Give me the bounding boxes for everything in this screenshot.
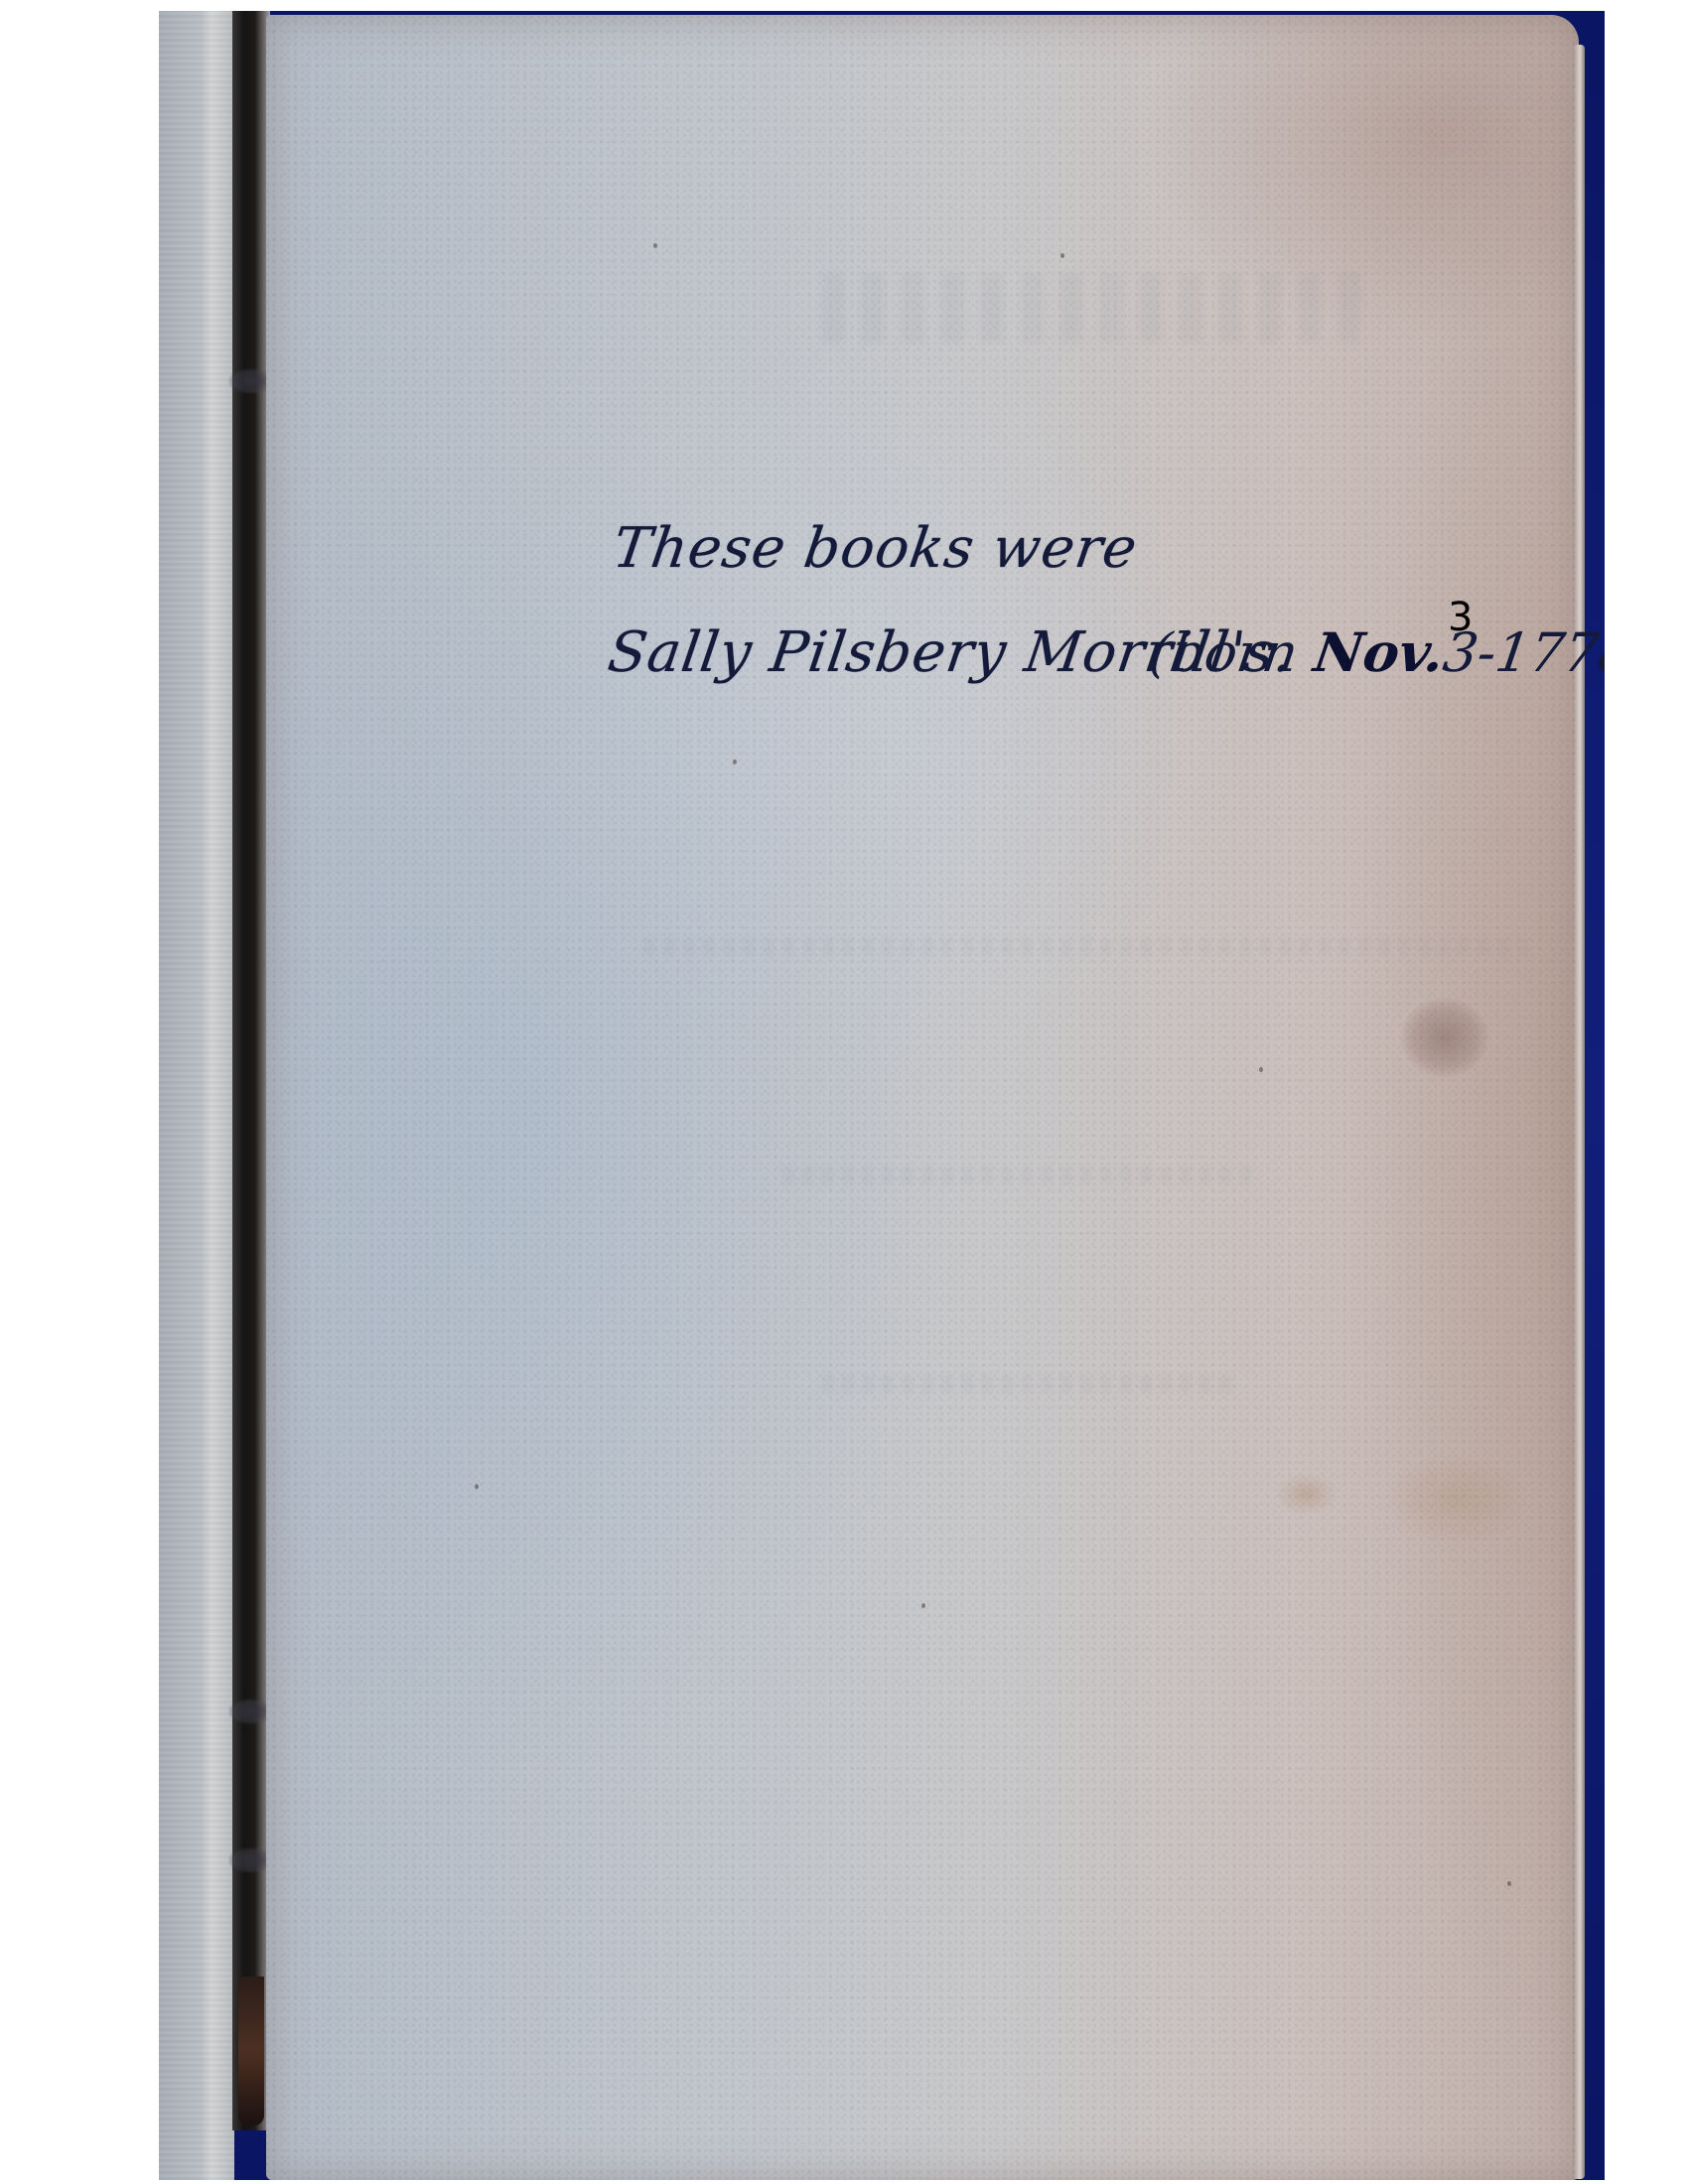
page-edge xyxy=(1573,45,1585,2179)
paper-speck xyxy=(921,1603,925,1608)
inscription-owner-name: Sally Pilsbery Morrill's. xyxy=(604,620,1298,685)
born-date-rest: 3-1778) xyxy=(1440,621,1605,684)
paper-speck xyxy=(733,759,737,764)
bleed-through-line xyxy=(822,1375,1239,1393)
stain xyxy=(1401,998,1488,1077)
stain xyxy=(1388,1454,1527,1544)
printed-correction-digit: 3 xyxy=(1448,595,1473,640)
bleed-through-line xyxy=(643,938,1537,956)
gutter-binding-end xyxy=(238,1977,264,2125)
flyleaf-page: These books were Sally Pilsbery Morrill'… xyxy=(266,15,1579,2180)
book-scan: These books were Sally Pilsbery Morrill'… xyxy=(159,11,1605,2180)
paper-speck xyxy=(1259,1067,1263,1072)
paper-speck xyxy=(653,243,657,248)
stain xyxy=(1277,1474,1337,1514)
bleed-through-title xyxy=(822,273,1378,342)
inscription-line-1: These books were xyxy=(609,516,1141,581)
paper-speck xyxy=(1507,1881,1511,1886)
paper-speck xyxy=(1060,253,1064,258)
born-prefix: (born xyxy=(1146,621,1320,684)
book-gutter xyxy=(232,11,270,2130)
handwritten-inscription: These books were Sally Pilsbery Morrill'… xyxy=(266,15,1579,2180)
inscription-birth-date: (born Nov.3-1778) xyxy=(1146,620,1605,684)
bleed-through-line xyxy=(782,1166,1259,1184)
paper-speck xyxy=(475,1484,479,1489)
born-month: Nov. xyxy=(1310,620,1448,684)
book-cover-strip xyxy=(159,11,234,2180)
